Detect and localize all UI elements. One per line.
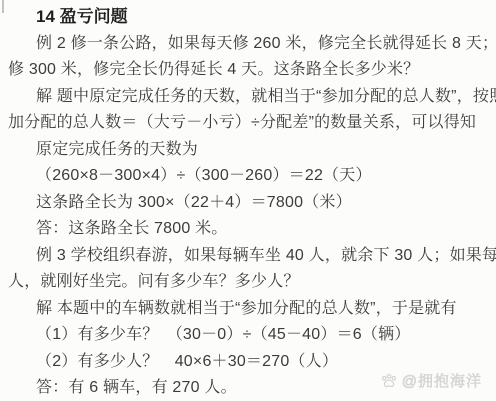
- text-line: 加分配的总人数＝（大亏－小亏）÷分配差”的数量关系，可以得知: [8, 110, 496, 137]
- text-line: （260×8－300×4）÷（300－260）＝22（天）: [8, 163, 496, 190]
- paw-icon: [380, 372, 398, 390]
- text-line: 修 300 米，修完全长仍得延长 4 天。这条路全长多少米？: [8, 57, 496, 84]
- watermark: @拥抱海洋: [380, 370, 482, 391]
- text-lines: 例 2 修一条公路，如果每天修 260 米，修完全长就得延长 8 天；如果每天修…: [8, 31, 496, 401]
- document-page: 14 盈亏问题 例 2 修一条公路，如果每天修 260 米，修完全长就得延长 8…: [0, 0, 496, 401]
- section-title: 14 盈亏问题: [8, 4, 496, 31]
- text-line: （1）有多少车？ （30－0）÷（45－40）＝6（辆）: [8, 322, 496, 349]
- text-line: 例 2 修一条公路，如果每天修 260 米，修完全长就得延长 8 天；如果每天: [8, 31, 496, 58]
- text-line: 解 题中原定完成任务的天数，就相当于“参加分配的总人数”，按照“参: [8, 84, 496, 111]
- text-line: 这条路全长为 300×（22＋4）＝7800（米）: [8, 190, 496, 217]
- text-line: 答：这条路全长 7800 米。: [8, 216, 496, 243]
- watermark-handle: @拥抱海洋: [402, 370, 482, 391]
- text-line: 例 3 学校组织春游，如果每辆车坐 40 人，就余下 30 人；如果每辆车坐 4…: [8, 243, 496, 270]
- text-line: 原定完成任务的天数为: [8, 137, 496, 164]
- text-line: 人，就刚好坐完。问有多少车？多少人？: [8, 269, 496, 296]
- scan-artifact-line: [2, 0, 4, 13]
- text-line: 解 本题中的车辆数就相当于“参加分配的总人数”，于是就有: [8, 296, 496, 323]
